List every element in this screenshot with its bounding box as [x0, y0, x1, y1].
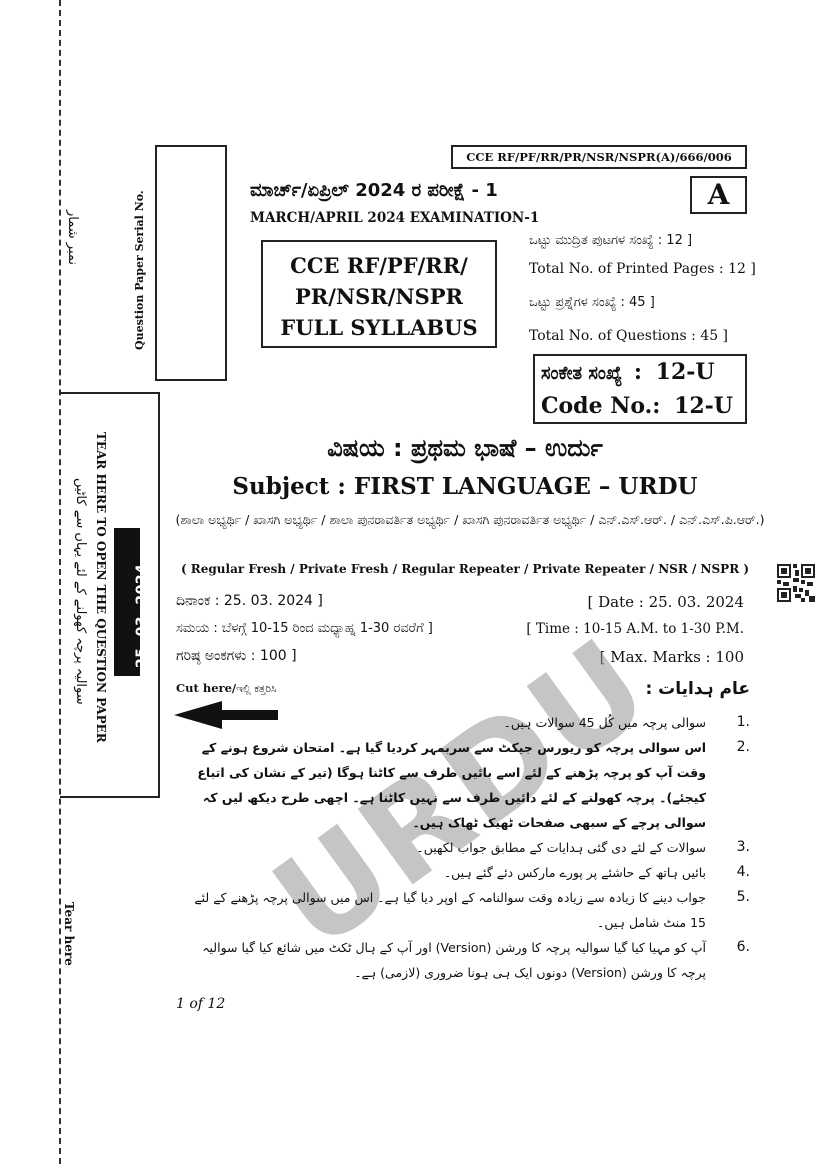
time-kannada: ಸಮಯ : ಬೆಳಗ್ಗೆ 10-15 ರಿಂದ ಮಧ್ಯಾಹ್ನ 1-30 ರ… — [176, 621, 433, 636]
instruction-item: 5. جواب دینے کا زیادہ سے زیادہ وقت سوالن… — [175, 885, 750, 935]
serial-number-label: Question Paper Serial No. — [133, 190, 146, 350]
time-english: [ Time : 10-15 A.M. to 1-30 P.M. — [526, 621, 744, 637]
general-instructions-title: عام ہدایات : — [560, 678, 750, 699]
instruction-item: 1. سوالی پرچہ میں کُل 45 سوالات ہیں۔ — [175, 710, 750, 735]
code-number-box: ಸಂಕೇತ ಸಂಖ್ಯೆ : 12-U Code No.: 12-U — [533, 354, 747, 424]
qr-code-icon — [777, 563, 815, 603]
paper-code-reference: CCE RF/PF/RR/PR/NSR/NSPR(A)/666/006 — [451, 145, 747, 169]
questions-count-kannada: ಒಟ್ಟು ಪ್ರಶ್ನೆಗಳ ಸಂಖ್ಯೆ : 45 ] — [529, 295, 655, 310]
serial-number-box — [155, 145, 227, 381]
max-marks-kannada: ಗರಿಷ್ಠ ಅಂಕಗಳು : 100 ] — [176, 648, 297, 664]
date-english: [ Date : 25. 03. 2024 — [587, 593, 744, 611]
page-number: 1 of 12 — [176, 996, 225, 1012]
instruction-item: 6. آپ کو مہیا کیا گیا سوالیہ پرچہ کا ورش… — [175, 935, 750, 985]
instructions-list: 1. سوالی پرچہ میں کُل 45 سوالات ہیں۔ 2. … — [175, 710, 750, 985]
code-label-english: Code No. — [541, 393, 652, 419]
tear-instruction-urdu: سوالیہ پرچہ کھولنے کے لئے یہاں سے کاٹیں — [73, 478, 88, 705]
course-line: PR/NSR/NSPR — [263, 281, 495, 312]
date-badge: 25. 03. 2024 — [114, 528, 140, 676]
exam-title-english: MARCH/APRIL 2024 EXAMINATION-1 — [250, 210, 539, 226]
course-line: CCE RF/PF/RR/ — [263, 250, 495, 281]
code-label-kannada: ಸಂಕೇತ ಸಂಖ್ಯೆ — [541, 363, 622, 384]
date-badge-text: 25. 03. 2024 — [134, 564, 150, 668]
course-box: CCE RF/PF/RR/ PR/NSR/NSPR FULL SYLLABUS — [261, 240, 497, 348]
max-marks-english: [ Max. Marks : 100 — [600, 648, 744, 666]
candidate-types-english: ( Regular Fresh / Private Fresh / Regula… — [170, 562, 760, 576]
tear-here-label: Tear here — [62, 902, 76, 966]
instruction-item: 3. سوالات کے لئے دی گئی ہدایات کے مطابق … — [175, 835, 750, 860]
serial-urdu-label: نمبر شمار — [65, 210, 80, 265]
course-line: FULL SYLLABUS — [263, 312, 495, 343]
printed-pages-kannada: ಒಟ್ಟು ಮುದ್ರಿತ ಪುಟಗಳ ಸಂಖ್ಯೆ : 12 ] — [529, 233, 692, 248]
instruction-item: 4. بائیں ہاتھ کے حاشئے پر پورے مارکس دئے… — [175, 860, 750, 885]
printed-pages-english: Total No. of Printed Pages : 12 ] — [529, 261, 756, 277]
version-badge: A — [690, 176, 747, 214]
date-kannada: ದಿನಾಂಕ : 25. 03. 2024 ] — [176, 593, 323, 609]
code-value: 12-U — [656, 359, 715, 385]
questions-count-english: Total No. of Questions : 45 ] — [529, 328, 728, 344]
instruction-item: 2. اس سوالی پرچہ کو ریورس جیکٹ سے سربمہر… — [175, 735, 750, 835]
subject-english: Subject : FIRST LANGUAGE – URDU — [0, 473, 826, 500]
code-value: 12-U — [674, 393, 733, 419]
exam-title-kannada: ಮಾರ್ಚ್/ಏಪ್ರಿಲ್ 2024 ರ ಪರೀಕ್ಷೆ - 1 — [250, 180, 498, 201]
cut-here-label: Cut here/ಇಲ್ಲಿ ಕತ್ತರಿಸಿ — [176, 681, 277, 696]
candidate-types-kannada: (ಶಾಲಾ ಅಭ್ಯರ್ಥಿ / ಖಾಸಗಿ ಅಭ್ಯರ್ಥಿ / ಶಾಲಾ ಪ… — [170, 510, 770, 530]
subject-kannada: ವಿಷಯ : ಪ್ರಥಮ ಭಾಷೆ – ಉರ್ದು — [0, 434, 826, 462]
